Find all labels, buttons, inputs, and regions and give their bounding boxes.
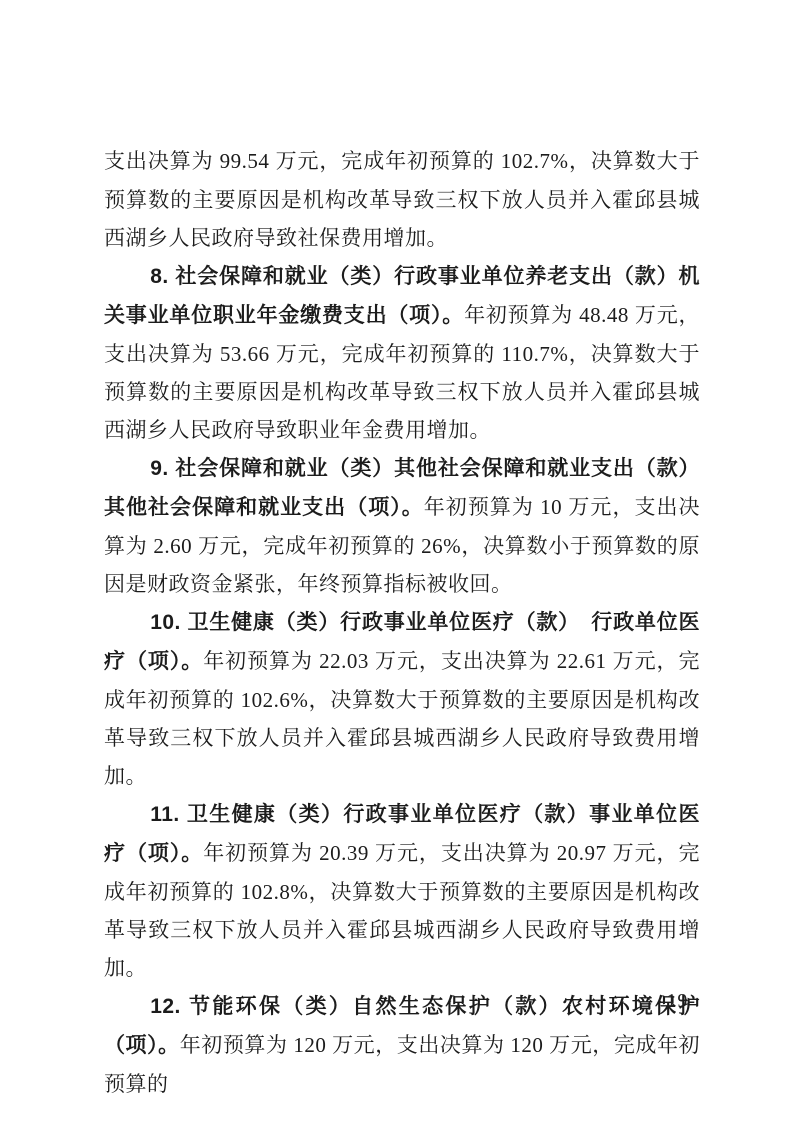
page-number: -19- (659, 990, 696, 1013)
document-body: 支出决算为 99.54 万元，完成年初预算的 102.7%，决算数大于预算数的主… (104, 142, 700, 1103)
paragraph-item-12: 12. 节能环保（类）自然生态保护（款）农村环境保护（项）。年初预算为 120 … (104, 987, 700, 1103)
paragraph-item-9: 9. 社会保障和就业（类）其他社会保障和就业支出（款）其他社会保障和就业支出（项… (104, 449, 700, 603)
paragraph-continuation: 支出决算为 99.54 万元，完成年初预算的 102.7%，决算数大于预算数的主… (104, 142, 700, 257)
paragraph-text: 年初预算为 120 万元，支出决算为 120 万元，完成年初预算的 (104, 1033, 700, 1096)
paragraph-item-11: 11. 卫生健康（类）行政事业单位医疗（款）事业单位医疗（项）。年初预算为 20… (104, 795, 700, 987)
paragraph-item-10: 10. 卫生健康（类）行政事业单位医疗（款） 行政单位医疗（项）。年初预算为 2… (104, 603, 700, 795)
document-page: 支出决算为 99.54 万元，完成年初预算的 102.7%，决算数大于预算数的主… (0, 0, 793, 1122)
paragraph-text: 支出决算为 99.54 万元，完成年初预算的 102.7%，决算数大于预算数的主… (104, 149, 700, 250)
paragraph-item-8: 8. 社会保障和就业（类）行政事业单位养老支出（款）机关事业单位职业年金缴费支出… (104, 257, 700, 449)
